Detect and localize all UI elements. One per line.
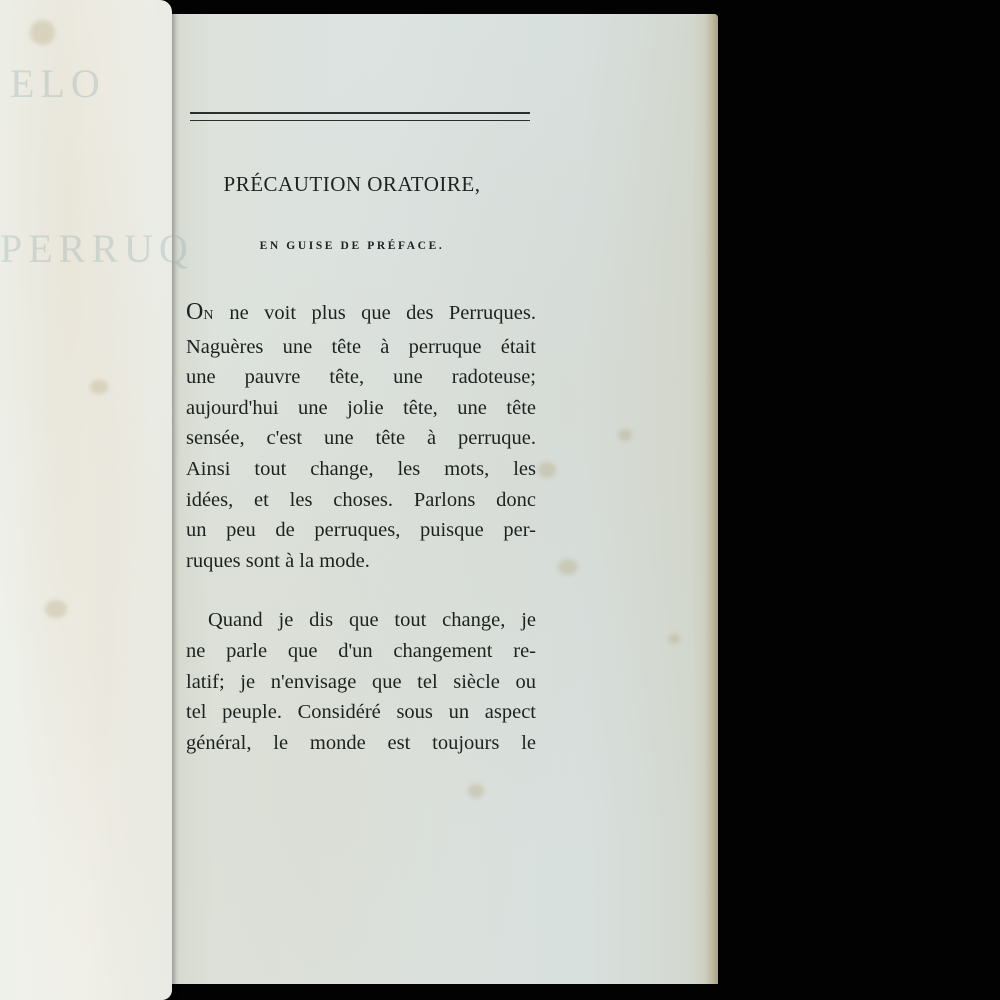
foxing-stain bbox=[90, 380, 108, 394]
text-line: ne parle que d'un changement re- bbox=[186, 636, 536, 667]
left-page-verso: ELO PERRUQ bbox=[0, 0, 172, 1000]
text-line: une pauvre tête, une radoteuse; bbox=[186, 362, 536, 393]
chapter-subtitle: EN GUISE DE PRÉFACE. bbox=[168, 240, 536, 252]
small-cap: N bbox=[203, 308, 214, 323]
text-line: sensée, c'est une tête à perruque. bbox=[186, 423, 536, 454]
drop-cap: O bbox=[186, 299, 203, 325]
bleed-through-text: PERRUQ bbox=[0, 225, 194, 272]
foxing-stain bbox=[45, 600, 67, 618]
text-line: Ainsi tout change, les mots, les bbox=[186, 454, 536, 485]
page-edge bbox=[704, 14, 718, 984]
book-photo: ELO PERRUQ PRÉCAUTION ORATOIRE, EN GUISE… bbox=[0, 0, 1000, 1000]
foxing-stain bbox=[30, 20, 55, 45]
bleed-through-text: ELO bbox=[10, 60, 106, 107]
body-text: ON ne voit plus que des Perruques. Naguè… bbox=[186, 297, 536, 758]
text-line: ruques sont à la mode. bbox=[186, 546, 536, 577]
text-line: tel peuple. Considéré sous un aspect bbox=[186, 697, 536, 728]
text-line: Naguères une tête à perruque était bbox=[186, 332, 536, 363]
foxing-stain bbox=[468, 784, 484, 798]
text-line: latif; je n'envisage que tel siècle ou bbox=[186, 667, 536, 698]
text-line: aujourd'hui une jolie tête, une tête bbox=[186, 393, 536, 424]
text-line: Quand je dis que tout change, je bbox=[186, 605, 536, 636]
right-page-recto: PRÉCAUTION ORATOIRE, EN GUISE DE PRÉFACE… bbox=[168, 14, 718, 984]
double-rule-divider bbox=[190, 112, 530, 121]
text-line: un peu de perruques, puisque per- bbox=[186, 515, 536, 546]
text-line-content: ne voit plus que des Perruques. bbox=[214, 302, 536, 324]
text-line: général, le monde est toujours le bbox=[186, 728, 536, 759]
foxing-stain bbox=[668, 634, 680, 644]
foxing-stain bbox=[538, 462, 556, 478]
paragraph-gap bbox=[186, 576, 536, 605]
text-line: ON ne voit plus que des Perruques. bbox=[186, 297, 536, 332]
chapter-title: PRÉCAUTION ORATOIRE, bbox=[168, 172, 536, 197]
foxing-stain bbox=[558, 559, 578, 575]
text-line: idées, et les choses. Parlons donc bbox=[186, 485, 536, 516]
foxing-stain bbox=[618, 429, 632, 441]
